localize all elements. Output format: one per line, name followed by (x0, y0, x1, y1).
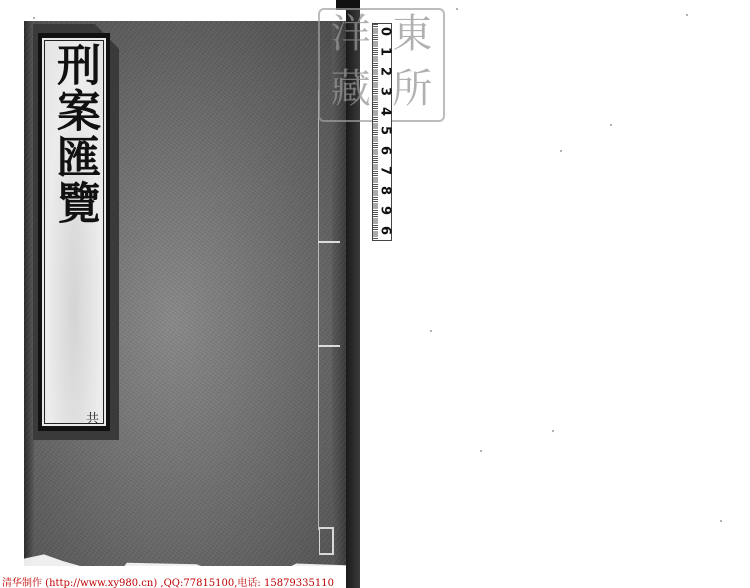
paper-speck (686, 14, 688, 16)
paper-speck (560, 150, 562, 152)
ruler-tick: 0 (376, 25, 395, 39)
binding-stitch (318, 241, 340, 243)
volume-mark: 共 (86, 408, 99, 427)
ruler-tick: 5 (376, 124, 395, 138)
book-title: 刑案匯覽 (46, 42, 102, 226)
ruler-tick: 7 (376, 164, 395, 178)
paper-speck (480, 450, 482, 452)
ruler-tick: 9 (376, 204, 395, 218)
paper-speck (552, 430, 554, 432)
ruler-labels: 0 1 2 3 4 5 6 7 8 9 6 (378, 22, 392, 240)
ruler-tick: 3 (376, 84, 395, 98)
paper-speck (456, 8, 458, 10)
cover-left-edge (24, 21, 34, 566)
watermark-caption: 清华制作 (http://www.xy980.cn) ,QQ:77815100,… (2, 574, 334, 588)
binding-stitch (318, 345, 340, 347)
ruler-tick: 6 (376, 144, 395, 158)
paper-speck (610, 124, 612, 126)
ruler-tick: 2 (376, 64, 395, 78)
paper-speck (430, 330, 432, 332)
ruler-tick: 6 (376, 223, 395, 237)
binding-clasp (319, 527, 334, 555)
paper-speck (720, 520, 722, 522)
paper-speck (33, 17, 35, 19)
binding-thread (318, 90, 319, 530)
ruler-tick: 8 (376, 184, 395, 198)
ruler-tick: 4 (376, 104, 395, 118)
ruler-tick: 1 (376, 44, 395, 58)
